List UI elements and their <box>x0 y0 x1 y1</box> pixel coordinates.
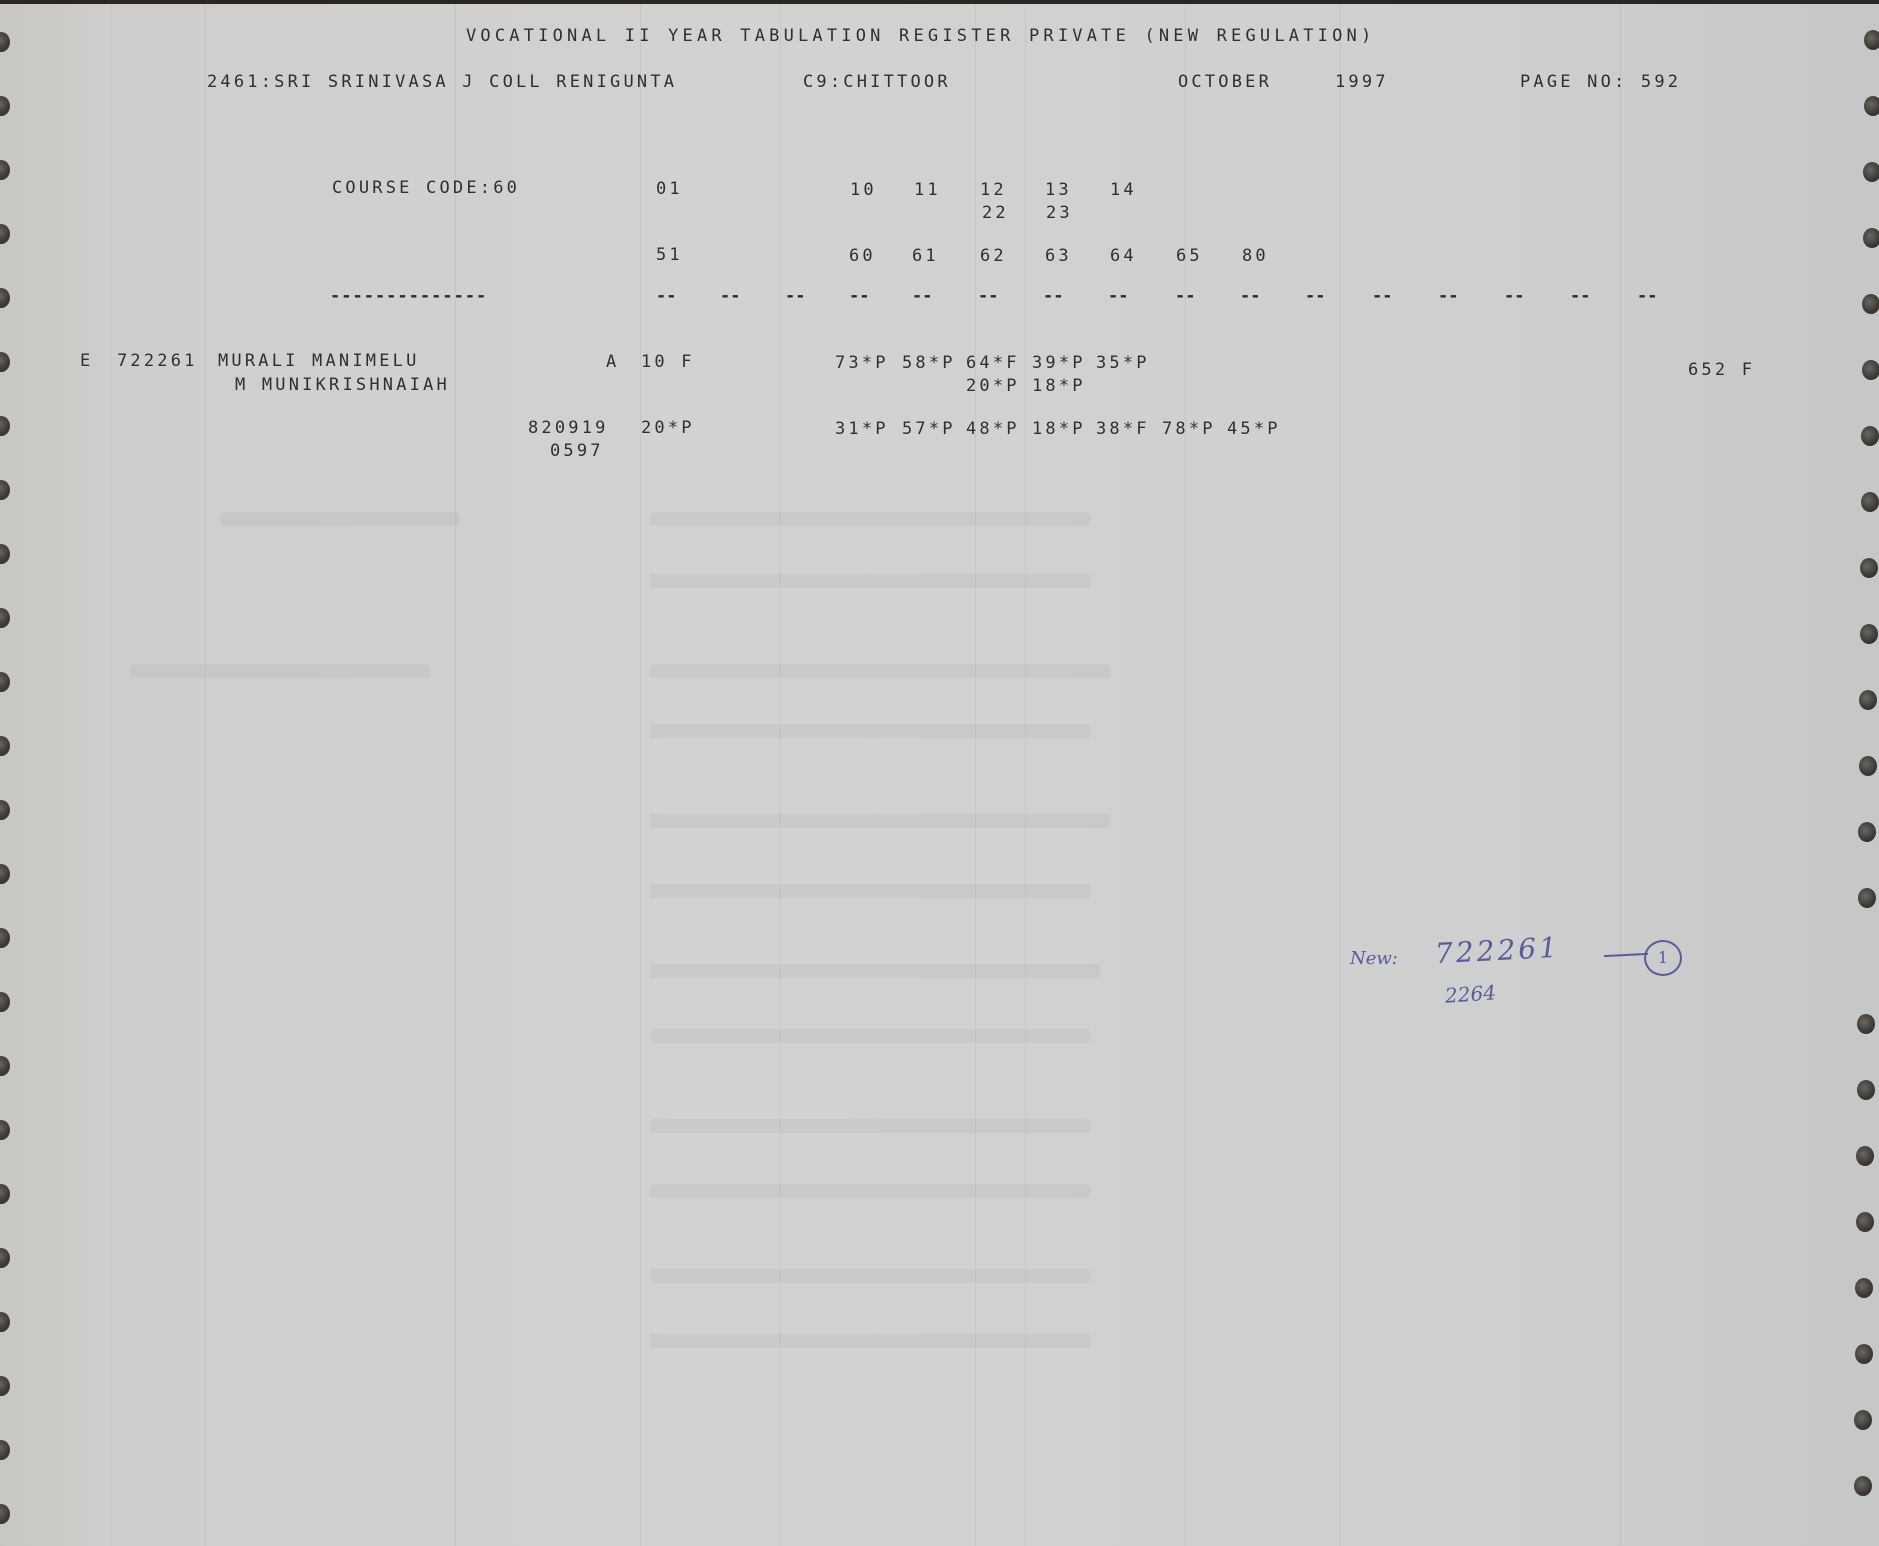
tractor-hole <box>1857 1080 1875 1100</box>
show-through <box>220 512 460 526</box>
tractor-hole <box>1864 96 1879 116</box>
show-through <box>650 1269 1090 1283</box>
register-title: VOCATIONAL II YEAR TABULATION REGISTER P… <box>466 26 1375 46</box>
tractor-hole <box>0 416 10 436</box>
form-rule <box>780 4 781 1546</box>
separator: -- <box>1240 286 1260 306</box>
tractor-hole <box>0 1120 10 1140</box>
separator: -- <box>978 286 998 306</box>
show-through <box>650 724 1090 738</box>
tractor-hole <box>1858 822 1876 842</box>
separator: -- <box>1438 286 1458 306</box>
subject-mark: 39*P <box>1032 353 1086 373</box>
form-rule <box>205 4 206 1546</box>
subject-code: 12 <box>980 180 1007 200</box>
college-name: 2461:SRI SRINIVASA J COLL RENIGUNTA <box>207 72 677 92</box>
subject-mark: 20*P <box>966 376 1020 396</box>
tractor-hole <box>0 1248 10 1268</box>
category: A <box>606 352 619 372</box>
subject-code: 61 <box>912 246 939 266</box>
separator-long: -------------- <box>330 286 487 306</box>
tractor-hole <box>1861 492 1879 512</box>
form-rule <box>1025 4 1026 1546</box>
separator: -- <box>1570 286 1590 306</box>
tractor-hole <box>0 800 10 820</box>
tractor-hole <box>1856 1146 1874 1166</box>
show-through <box>650 814 1110 828</box>
subject-code: 63 <box>1045 246 1072 266</box>
separator: -- <box>849 286 869 306</box>
subject-mark: 35*P <box>1096 353 1150 373</box>
subject-mark: 38*F <box>1096 419 1150 439</box>
tractor-hole <box>1862 294 1879 314</box>
tractor-hole <box>1862 360 1879 380</box>
subject-mark: 57*P <box>902 419 956 439</box>
separator: -- <box>1504 286 1524 306</box>
show-through <box>650 512 1090 526</box>
tractor-hole <box>1863 162 1879 182</box>
annotation-label: New: <box>1350 948 1398 969</box>
tractor-hole <box>1858 888 1876 908</box>
tractor-hole <box>0 544 10 564</box>
annotation-dash <box>1604 953 1648 957</box>
tractor-hole <box>1854 1410 1872 1430</box>
subject-mark: 45*P <box>1227 419 1281 439</box>
date-of-birth: 820919 <box>528 418 609 438</box>
subject-code: 11 <box>914 180 941 200</box>
show-through <box>650 884 1090 898</box>
tractor-hole <box>0 32 10 52</box>
subject-mark: 18*P <box>1032 419 1086 439</box>
tractor-hole <box>1864 30 1879 50</box>
subject-code: 65 <box>1176 246 1203 266</box>
show-through <box>650 964 1100 978</box>
district-name: C9:CHITTOOR <box>803 72 951 92</box>
record-flag: E <box>80 351 93 371</box>
form-rule <box>110 4 111 1546</box>
page-number: PAGE NO: 592 <box>1520 72 1681 92</box>
show-through <box>650 1119 1090 1133</box>
separator: -- <box>1372 286 1392 306</box>
tractor-hole <box>1854 1476 1872 1496</box>
tractor-hole <box>1860 558 1878 578</box>
tractor-hole <box>1855 1344 1873 1364</box>
tractor-hole <box>0 928 10 948</box>
part1-mark: 10 F <box>641 352 695 372</box>
subject-code: 62 <box>980 246 1007 266</box>
show-through <box>650 1029 1090 1043</box>
form-rule <box>455 4 456 1546</box>
tractor-hole <box>1861 426 1879 446</box>
subject-code: 60 <box>849 246 876 266</box>
tractor-hole <box>0 736 10 756</box>
subject-mark: 78*P <box>1162 419 1216 439</box>
printout-page: VOCATIONAL II YEAR TABULATION REGISTER P… <box>0 4 1879 1546</box>
separator: -- <box>1305 286 1325 306</box>
tractor-hole <box>0 608 10 628</box>
hall-ticket-number: 722261 <box>117 351 198 371</box>
subject-mark: 18*P <box>1032 376 1086 396</box>
serial-number: 0597 <box>550 441 604 461</box>
tractor-hole <box>1859 690 1877 710</box>
tractor-hole <box>0 352 10 372</box>
father-name: M MUNIKRISHNAIAH <box>235 375 450 395</box>
tractor-hole <box>0 672 10 692</box>
tractor-hole <box>1856 1212 1874 1232</box>
tractor-hole <box>0 160 10 180</box>
total-result: 652 F <box>1688 360 1755 380</box>
subject-code: 51 <box>656 245 683 265</box>
subject-mark: 58*P <box>902 353 956 373</box>
subject-mark: 20*P <box>641 418 695 438</box>
form-rule <box>1340 4 1341 1546</box>
tractor-hole <box>0 1056 10 1076</box>
tractor-hole <box>0 1440 10 1460</box>
tractor-hole <box>0 992 10 1012</box>
show-through <box>650 1334 1090 1348</box>
annotation-number: 722261 <box>1434 931 1560 970</box>
separator: -- <box>1637 286 1657 306</box>
form-rule <box>1185 4 1186 1546</box>
subject-code: 13 <box>1045 180 1072 200</box>
subject-code: 14 <box>1110 180 1137 200</box>
annotation-subnumber: 2264 <box>1444 980 1496 1007</box>
separator: -- <box>1108 286 1128 306</box>
tractor-hole <box>0 288 10 308</box>
separator: -- <box>785 286 805 306</box>
tractor-hole <box>0 1312 10 1332</box>
show-through <box>650 574 1090 588</box>
tractor-hole <box>0 224 10 244</box>
tractor-hole <box>0 1376 10 1396</box>
tractor-hole <box>0 480 10 500</box>
subject-mark: 31*P <box>835 419 889 439</box>
tractor-hole <box>0 1504 10 1524</box>
form-rule <box>640 4 641 1546</box>
subject-code: 64 <box>1110 246 1137 266</box>
separator: -- <box>1175 286 1195 306</box>
tractor-hole <box>1860 624 1878 644</box>
show-through <box>650 1184 1090 1198</box>
tractor-hole <box>0 1184 10 1204</box>
separator: -- <box>912 286 932 306</box>
subject-mark: 64*F <box>966 353 1020 373</box>
tractor-hole <box>0 864 10 884</box>
separator: -- <box>1043 286 1063 306</box>
tractor-hole <box>0 96 10 116</box>
subject-code: 80 <box>1242 246 1269 266</box>
form-rule <box>975 4 976 1546</box>
exam-year: 1997 <box>1335 72 1389 92</box>
tractor-hole <box>1863 228 1879 248</box>
subject-code: 10 <box>850 180 877 200</box>
exam-month: OCTOBER <box>1178 72 1272 92</box>
separator: -- <box>656 286 676 306</box>
show-through <box>650 664 1110 678</box>
tractor-hole <box>1859 756 1877 776</box>
separator: -- <box>720 286 740 306</box>
subject-mark: 73*P <box>835 353 889 373</box>
subject-code: 01 <box>656 179 683 199</box>
course-code-label: COURSE CODE:60 <box>332 178 520 198</box>
annotation-circled-number: 1 <box>1644 940 1682 976</box>
subject-mark: 48*P <box>966 419 1020 439</box>
subject-code: 22 <box>982 203 1009 223</box>
form-rule <box>1620 4 1621 1546</box>
student-name: MURALI MANIMELU <box>218 351 420 371</box>
tractor-hole <box>1857 1014 1875 1034</box>
subject-code: 23 <box>1046 203 1073 223</box>
tractor-hole <box>1855 1278 1873 1298</box>
show-through <box>130 664 430 678</box>
